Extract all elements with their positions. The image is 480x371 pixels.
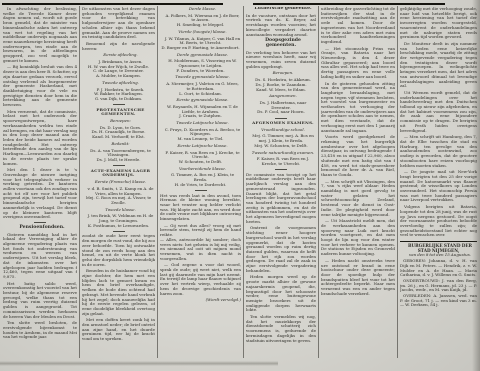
top-rule-left bbox=[2, 3, 223, 5]
name-list: v. d. B. Smits, t. Z. Kamp en A. de Vrie… bbox=[82, 187, 155, 206]
births-entry: GEBOREN: Johanna, d. v. H. van Dijk en M… bbox=[400, 259, 477, 278]
news-paragraph: — Het stoomschip Prins van Oranje, van B… bbox=[321, 47, 395, 80]
news-paragraph: Volgens berigten uit Batavia, loopende t… bbox=[400, 205, 477, 238]
news-paragraph: Ten slotte vermelden wij nog, dat het mu… bbox=[246, 315, 316, 343]
news-paragraph: Men verneemt, dat de commissie, belast m… bbox=[3, 110, 77, 166]
news-paragraph: Het batig saldo werd, overeenkomstig het… bbox=[3, 282, 77, 320]
name-list: Ds. D. Lyon, te Goes. Ds. H. Craandijk, … bbox=[82, 126, 155, 140]
news-paragraph: In afwachting der beslissing, welke de T… bbox=[3, 7, 77, 63]
name-list: F. Kaiser, R. van Rees en J. Krecke, te … bbox=[160, 151, 241, 165]
feuilleton-paragraph: Het was reeds laat in den avond, toen He… bbox=[160, 194, 241, 222]
list-subheading: Tweede Latijnsche klasse. bbox=[160, 121, 241, 126]
section-divider bbox=[275, 118, 287, 119]
news-paragraph: In de vacature, ontstaan door het vertre… bbox=[246, 14, 316, 38]
news-paragraph: De Moniteur deelt in zijn nommer van hed… bbox=[400, 42, 477, 89]
list-subheading: Eerste gymnasiale klasse. bbox=[160, 98, 241, 103]
news-paragraph: Gisteren namiddag had in het lokaal der … bbox=[3, 233, 77, 280]
name-list: J. W. Tilanus, A. Kuiper, C. van Hall en… bbox=[160, 37, 241, 51]
news-paragraph: — Bij koninklijk besluit van den 4 dezer… bbox=[3, 65, 77, 107]
news-paragraph: Omtrent de voorgenomen stichting eener h… bbox=[246, 226, 316, 273]
news-paragraph: Benoemd zijn de navolgende heeren: bbox=[82, 42, 155, 51]
news-paragraph: Ten slotte werd besloten, de eerstvolgen… bbox=[3, 321, 77, 340]
list-subheading: Eerste Latijnsche klasse. bbox=[160, 144, 241, 149]
column-4: Luthersche gemeente. In de vacature, ont… bbox=[246, 7, 316, 359]
name-list: Mej. G. Timmer, mej. A. Bos en mej. J. K… bbox=[246, 134, 316, 148]
name-list: Ds. A. van Toorenenbergen, te Vlissingen… bbox=[82, 149, 155, 163]
column-3: Derde klasse. A. Folkers, M. Wiersma en … bbox=[160, 7, 241, 359]
name-list: C. Pruys, D. Koorders en A. Beeloo, te N… bbox=[160, 128, 241, 142]
feuilleton-paragraph: Met een doffen kreet zonk hij in den arm… bbox=[82, 318, 155, 342]
list-subheading: Tweede klasse. bbox=[82, 208, 155, 213]
list-subheading: Aangenomen. bbox=[246, 94, 316, 99]
name-list: A. Folkers, M. Wiersma en J. de Boer, te… bbox=[160, 14, 241, 28]
news-paragraph: — De jongste mail uit New-York bragt ber… bbox=[400, 170, 477, 203]
church-news-heading: PROTESTANTSCHE GEMEENTEN. bbox=[82, 108, 155, 117]
scan-shadow-right bbox=[472, 0, 480, 371]
news-paragraph: uitbreiding der gasverlichting tot de bu… bbox=[321, 7, 395, 45]
list-subheading: Beroepen: bbox=[82, 119, 155, 124]
news-paragraph: — Men schrijft uit Vlissingen, den 7, va… bbox=[321, 180, 395, 218]
column-2: De uitkomsten van het dezer dagen gehoud… bbox=[82, 7, 155, 359]
name-list: P. J. Hoekstra, te Sneek. W. Bakker, te … bbox=[82, 88, 155, 102]
exams-heading: AFGENOMEN EXAMENS. bbox=[246, 121, 316, 126]
section-divider bbox=[275, 169, 287, 170]
section-divider bbox=[113, 231, 125, 232]
name-list: Ds. J. Halbertsma, naar Deventer. Ds. P.… bbox=[246, 101, 316, 115]
banns-entry: ONDERTROUWD: J. van den Berg, jm. 26 j.,… bbox=[400, 279, 477, 293]
column-divider bbox=[243, 6, 244, 358]
name-list: F. Kaiser, R. van Rees en J. Krecke, te … bbox=[246, 157, 316, 166]
column-1: In afwachting der beslissing, welke de T… bbox=[3, 7, 77, 359]
news-paragraph: De uitkomsten van het dezer dagen gehoud… bbox=[82, 7, 155, 40]
list-subheading: Vierde (hoogste) klasse. bbox=[160, 30, 241, 35]
news-paragraph: Voorts werd goedgekeurd de rekening van … bbox=[321, 135, 395, 177]
list-subheading: Eerste (Fransche) klasse. bbox=[82, 180, 155, 185]
mennonite-heading: Doopsgezinde gemeenten. bbox=[246, 39, 316, 48]
news-paragraph: — Heden nacht omstreeks twee ure ontston… bbox=[321, 259, 395, 297]
newspaper-page: In afwachting der beslissing, welke de T… bbox=[0, 0, 480, 371]
section-divider bbox=[113, 104, 125, 105]
column-6: gelijktijdig met die verhooging zoude, n… bbox=[400, 7, 477, 363]
column-5: uitbreiding der gasverlichting tot de bu… bbox=[321, 7, 395, 359]
news-paragraph: Heden morgen werd op de groote markt alh… bbox=[246, 275, 316, 313]
name-list: J. ten Brink, W. Veldman en H. de Jong, … bbox=[82, 214, 155, 228]
exam-section-heading: ACTE-EXAMENS LAGER ONDERWIJS. bbox=[82, 169, 155, 178]
name-list: J. Brinkman, te Assen. H. W. van der Wij… bbox=[82, 60, 155, 79]
section-divider bbox=[195, 190, 207, 191]
column-divider bbox=[318, 6, 319, 358]
list-subheading: Tweede afdeeling. bbox=[82, 81, 155, 86]
list-subheading: Derde gymnasiale klasse. bbox=[160, 53, 241, 58]
name-list: G. Timmer, A. Bos en J. Klein, te Breda.… bbox=[160, 173, 241, 187]
list-subheading: Tweede gymnasiale klasse. bbox=[160, 75, 241, 80]
list-subheading: Voorbereidende klasse. bbox=[160, 167, 241, 172]
section-divider bbox=[113, 165, 125, 166]
page-content: In afwachting der beslissing, welke de T… bbox=[0, 0, 480, 371]
news-paragraph: Uit Weenen wordt gemeld, dat de onderhan… bbox=[400, 91, 477, 133]
lutheran-heading: Luthersche gemeente. bbox=[246, 7, 316, 12]
list-subheading: Beroepen. bbox=[246, 71, 316, 76]
list-subheading: Bedankt: bbox=[82, 142, 155, 147]
feuilleton-dialogue: — Gij weet dus alles? vroeg zij met beve… bbox=[160, 224, 241, 262]
news-paragraph: In de gisteren gehouden zitting van den … bbox=[321, 82, 395, 134]
top-rule-right bbox=[253, 3, 445, 5]
news-paragraph: — Men schrijft uit Hamburg, den 7, dat d… bbox=[400, 135, 477, 168]
feuilleton-paragraph: zoodat de oude heer eerst tegen den morg… bbox=[82, 234, 155, 267]
list-subheading: Derde klasse. bbox=[160, 7, 241, 12]
deaths-entry: OVERLEDEN: A. Janssen, wed. van P. de Gr… bbox=[400, 294, 477, 308]
column-divider bbox=[79, 6, 80, 358]
name-list: Ds. S. Hoekstra, te Akkrum. Ds. J. Boeke… bbox=[246, 78, 316, 92]
feuilleton-paragraph: — God zegene u voor dat woord, sprak de … bbox=[160, 263, 241, 296]
list-subheading: Tweede natuurkundig examen. bbox=[246, 151, 316, 156]
list-subheading: Eerste afdeeling. bbox=[82, 53, 155, 58]
news-paragraph: De commissie van toezigt op het middelba… bbox=[246, 173, 316, 225]
civil-registry-section: BURGERLIJKE STAND DER STAD NIJMEGEN, van… bbox=[400, 241, 477, 308]
news-paragraph: De verloting ten behoeve van het nieuwe … bbox=[246, 51, 316, 70]
news-paragraph: — Uit Maastricht meldt men, dat de werkz… bbox=[321, 219, 395, 257]
column-divider bbox=[157, 6, 158, 358]
news-paragraph: Met den 1 dezer is te 's Gravenhage de n… bbox=[3, 168, 77, 220]
list-subheading: Vroedkundige school. bbox=[246, 128, 316, 133]
feuilleton-paragraph: Beneden in de huiskamer vond hij zijne d… bbox=[82, 269, 155, 316]
to-be-continued: (Wordt vervolgd.) bbox=[160, 298, 241, 303]
scan-shadow-bottom bbox=[0, 361, 278, 366]
column-divider bbox=[397, 6, 398, 358]
name-list: A. Niermeijer, J. Valeton en G. Mees, te… bbox=[160, 82, 241, 96]
section-divider bbox=[34, 222, 46, 223]
name-list: W. Royaards, H. Wijnmalen en T. de Liefd… bbox=[160, 105, 241, 119]
news-paragraph: gelijktijdig met die verhooging zoude, n… bbox=[400, 7, 477, 40]
pension-funds-heading: Pensioenfondsen. bbox=[3, 226, 77, 231]
name-list: H. Modderman, S. Vissering en W. Opzoome… bbox=[160, 59, 241, 73]
